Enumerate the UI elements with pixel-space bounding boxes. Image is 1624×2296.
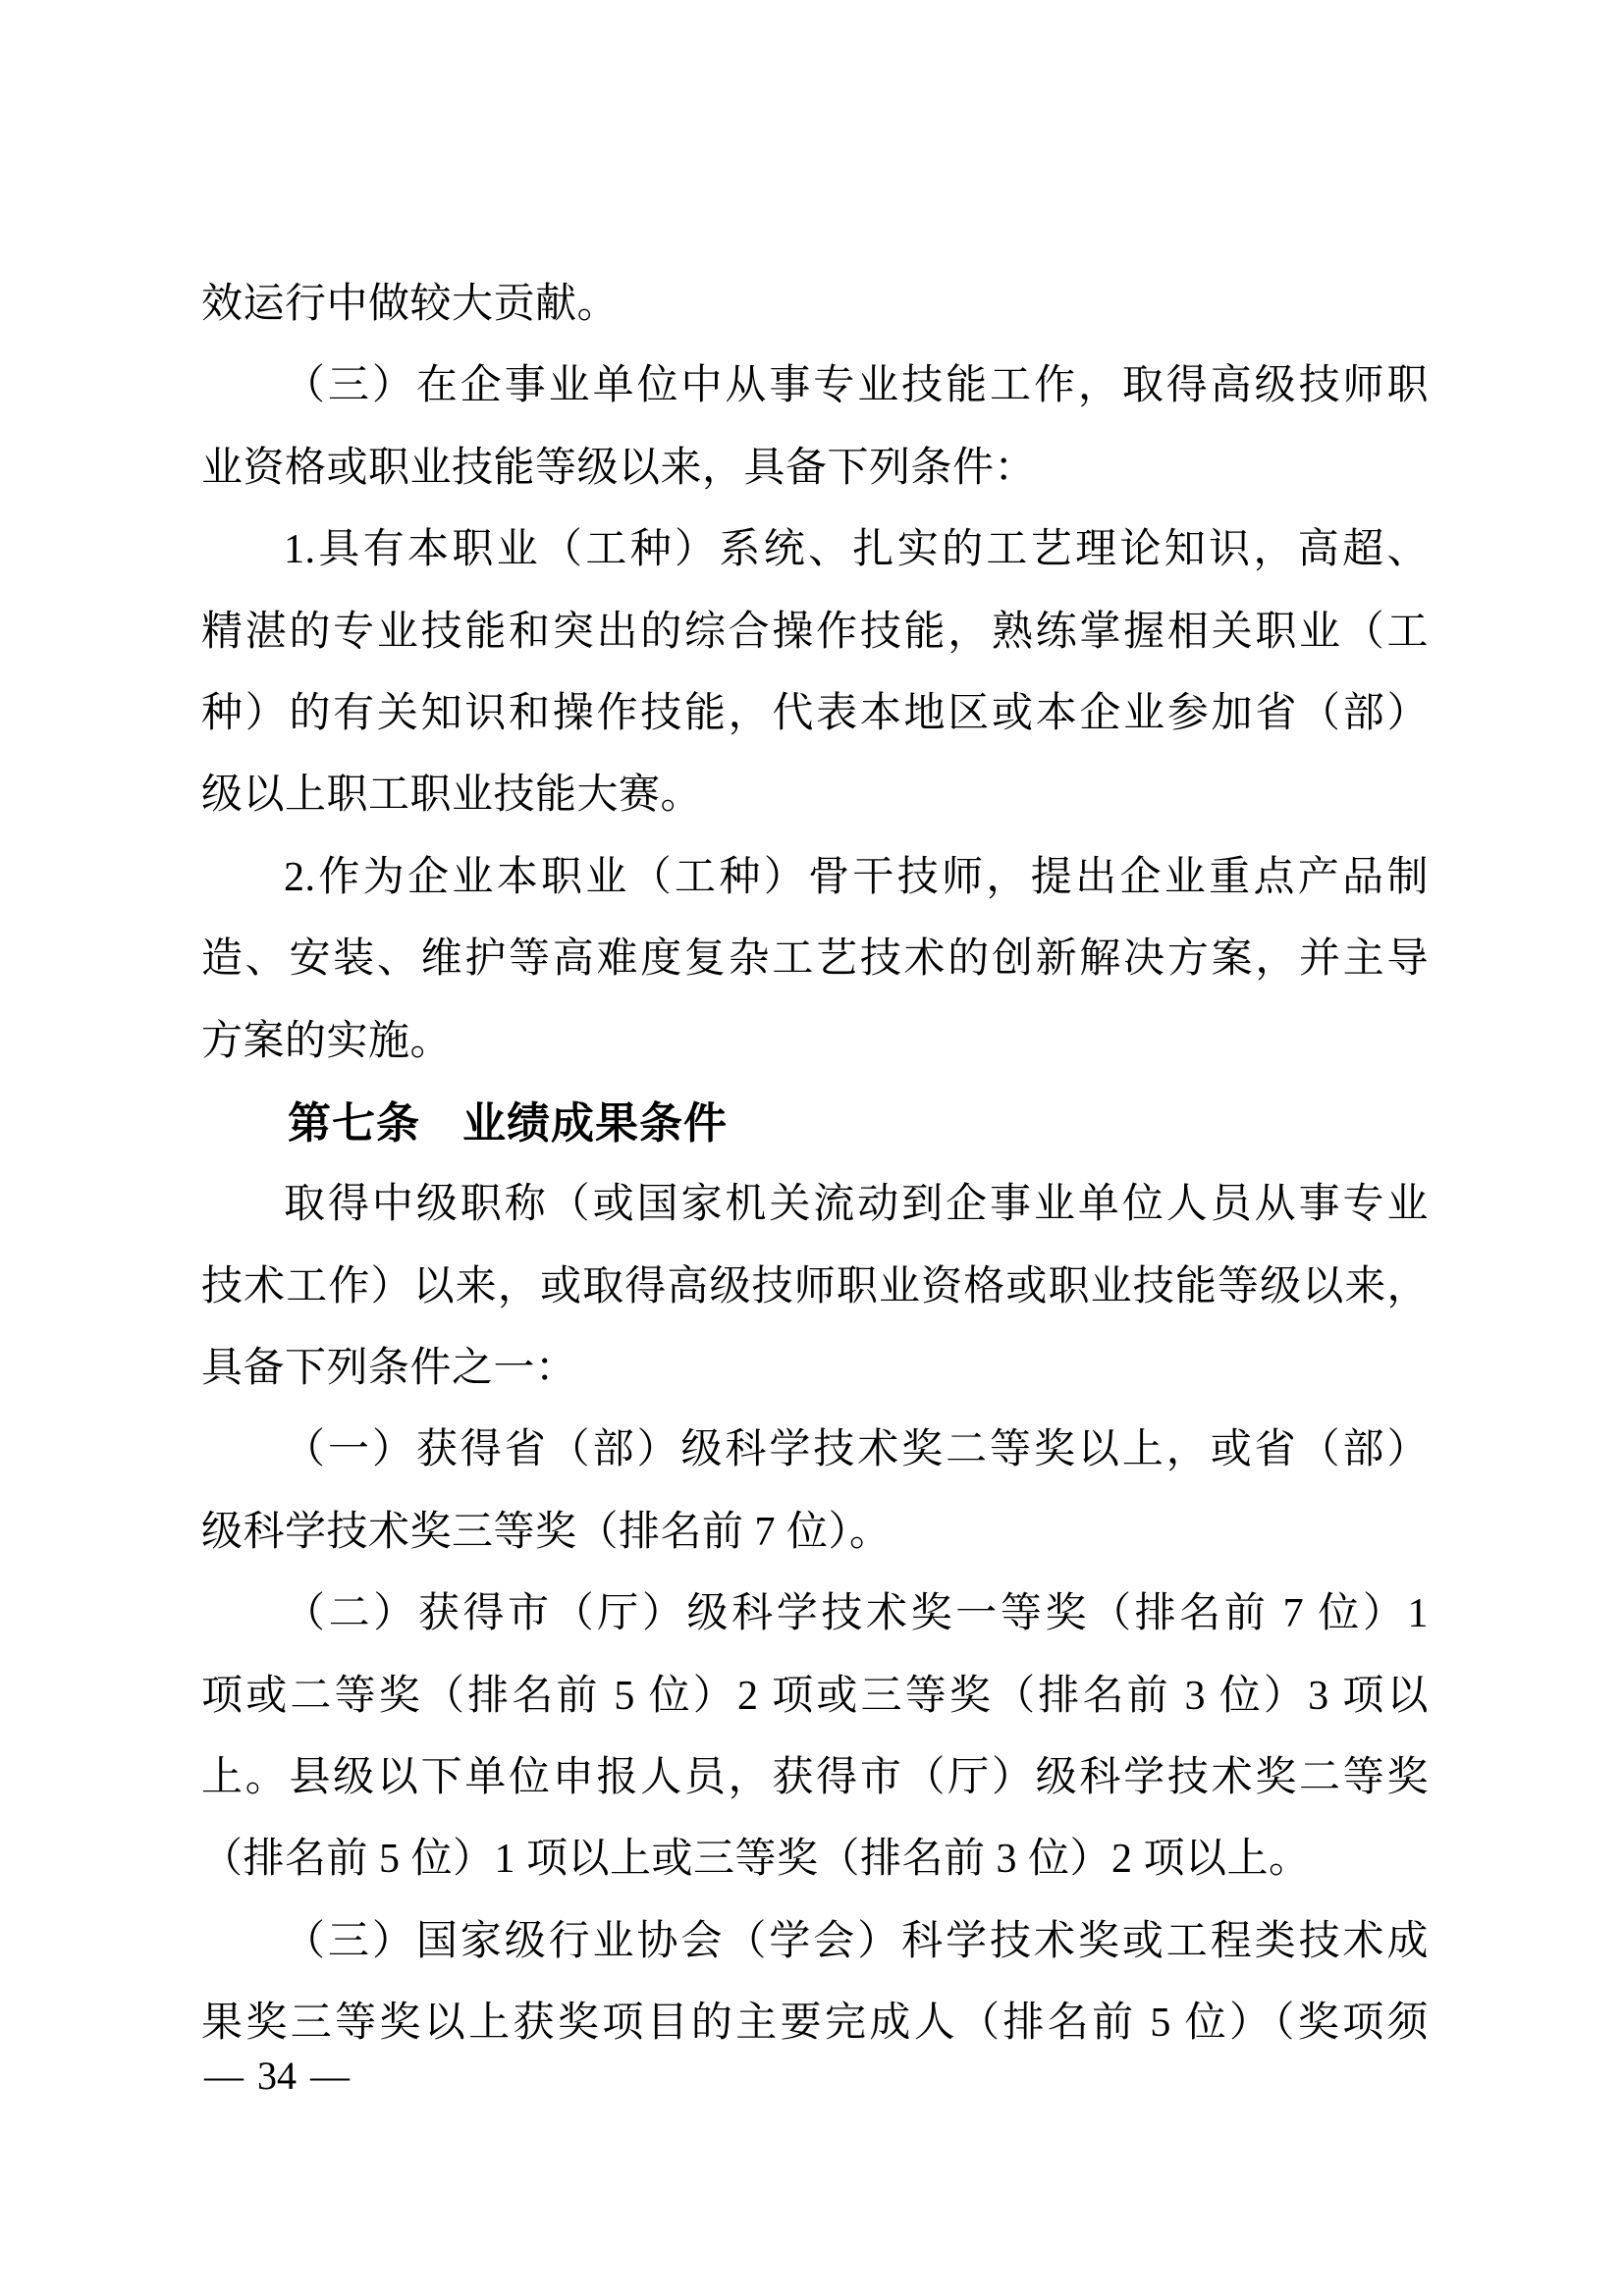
body-line: （三）国家级行业协会（学会）科学技术奖或工程类技术成 [201,1901,1429,1983]
footer-dash-left: — [204,2054,244,2098]
body-line: 2.作为企业本职业（工种）骨干技师，提出企业重点产品制 [201,837,1429,919]
body-line: （二）获得市（厅）级科学技术奖一等奖（排名前 7 位）1 [201,1574,1429,1655]
body-line: 取得中级职称（或国家机关流动到企事业单位人员从事专业 [201,1164,1429,1246]
body-line: 项或二等奖（排名前 5 位）2 项或三等奖（排名前 3 位）3 项以 [201,1656,1429,1737]
section-heading: 第七条业绩成果条件 [201,1083,1429,1164]
section-number: 第七条 [288,1099,420,1148]
page-number: 34 [257,2054,297,2098]
body-line: 具备下列条件之一： [201,1328,1429,1410]
body-line: 技术工作）以来，或取得高级技师职业资格或职业技能等级以来， [201,1247,1429,1328]
body-line: 1.具有本职业（工种）系统、扎实的工艺理论知识，高超、 [201,509,1429,591]
body-line: 精湛的专业技能和突出的综合操作技能，熟练掌握相关职业（工 [201,592,1429,673]
body-line: 果奖三等奖以上获奖项目的主要完成人（排名前 5 位）（奖项须 [201,1983,1429,2064]
footer-dash-right: — [310,2054,350,2098]
body-line: 方案的实施。 [201,1001,1429,1083]
section-title: 业绩成果条件 [462,1099,728,1148]
body-line: 造、安装、维护等高难度复杂工艺技术的创新解决方案，并主导 [201,919,1429,1000]
body-line: 级科学技术奖三等奖（排名前 7 位）。 [201,1492,1429,1574]
body-line: （排名前 5 位）1 项以上或三等奖（排名前 3 位）2 项以上。 [201,1819,1429,1900]
body-line: （三）在企事业单位中从事专业技能工作，取得高级技师职 [201,346,1429,427]
page-footer: —34— [204,2052,350,2101]
body-line: 种）的有关知识和操作技能，代表本地区或本企业参加省（部） [201,673,1429,755]
document-page: 效运行中做较大贡献。 （三）在企事业单位中从事专业技能工作，取得高级技师职 业资… [0,0,1624,2296]
body-line: 上。县级以下单位申报人员，获得市（厅）级科学技术奖二等奖 [201,1737,1429,1819]
body-line: 业资格或职业技能等级以来，具备下列条件： [201,428,1429,509]
body-line: 效运行中做较大贡献。 [201,264,1429,346]
body-line: 级以上职工职业技能大赛。 [201,755,1429,836]
body-line: （一）获得省（部）级科学技术奖二等奖以上，或省（部） [201,1410,1429,1491]
document-body: 效运行中做较大贡献。 （三）在企事业单位中从事专业技能工作，取得高级技师职 业资… [201,264,1429,2065]
